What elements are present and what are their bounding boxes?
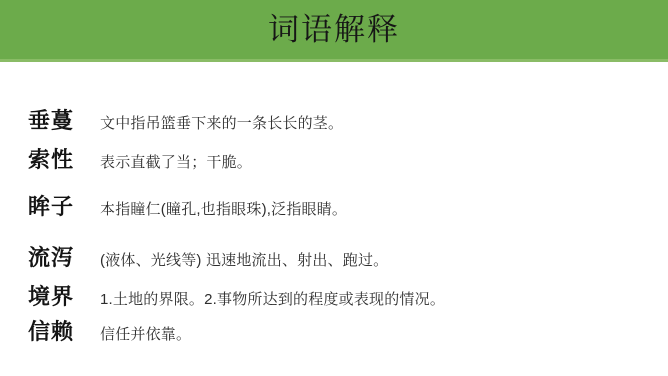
term-label: 眸子 xyxy=(28,190,100,221)
term-label: 索性 xyxy=(28,143,100,174)
vocab-row-xinlai: 信赖 信任并依靠。 xyxy=(28,315,658,346)
slide: 词语解释 垂蔓 文中指吊篮垂下来的一条长长的茎。 索性 表示直截了当；干脆。 眸… xyxy=(0,0,668,376)
definition-text: 1.土地的界限。2.事物所达到的程度或表现的情况。 xyxy=(100,288,445,309)
definition-text: 表示直截了当；干脆。 xyxy=(100,151,252,172)
term-label: 境界 xyxy=(28,280,100,311)
vocab-row-jingjie: 境界 1.土地的界限。2.事物所达到的程度或表现的情况。 xyxy=(28,280,658,311)
definition-text: 本指瞳仁(瞳孔,也指眼珠),泛指眼睛。 xyxy=(100,198,347,219)
definition-text: 信任并依靠。 xyxy=(100,323,191,344)
definition-text: 文中指吊篮垂下来的一条长长的茎。 xyxy=(100,112,343,133)
vocab-row-liuxie: 流泻 (液体、光线等) 迅速地流出、射出、跑过。 xyxy=(28,241,658,272)
definition-text: (液体、光线等) 迅速地流出、射出、跑过。 xyxy=(100,249,388,270)
vocab-row-suoxing: 索性 表示直截了当；干脆。 xyxy=(28,143,658,174)
term-label: 流泻 xyxy=(28,241,100,272)
vocab-list: 垂蔓 文中指吊篮垂下来的一条长长的茎。 索性 表示直截了当；干脆。 眸子 本指瞳… xyxy=(0,0,668,376)
vocab-row-mouzi: 眸子 本指瞳仁(瞳孔,也指眼珠),泛指眼睛。 xyxy=(28,190,658,221)
term-label: 信赖 xyxy=(28,315,100,346)
vocab-row-chuiman: 垂蔓 文中指吊篮垂下来的一条长长的茎。 xyxy=(28,104,658,135)
term-label: 垂蔓 xyxy=(28,104,100,135)
